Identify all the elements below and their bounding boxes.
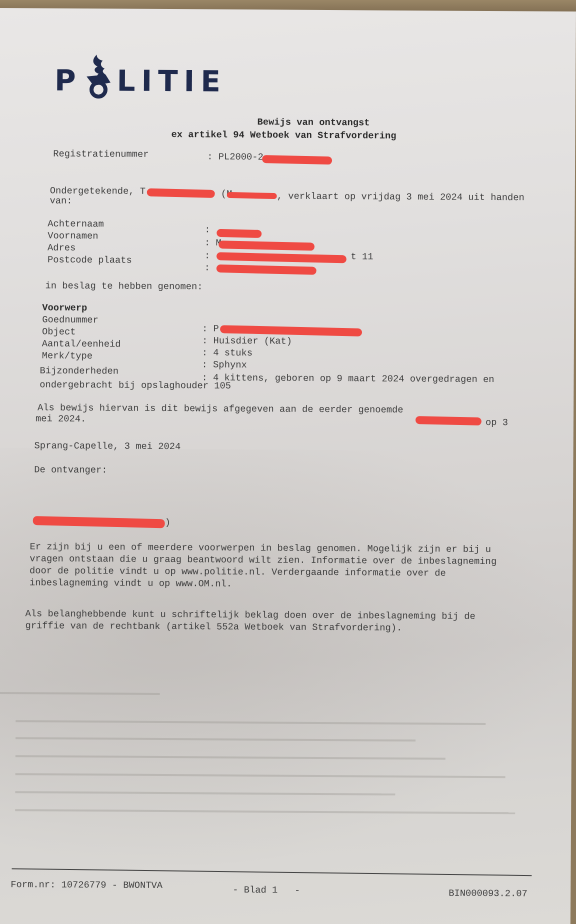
redaction-mark bbox=[147, 188, 215, 198]
adres-label: Adres bbox=[48, 242, 76, 253]
info-line-4: inbeslagneming vindt u op www.OM.nl. bbox=[29, 577, 232, 589]
logo-letter-p: P bbox=[54, 63, 81, 97]
politie-emblem-icon bbox=[84, 53, 114, 99]
ontvanger-label: De ontvanger: bbox=[34, 464, 107, 475]
redaction-mark bbox=[216, 264, 316, 274]
title-line-1: Bewijs van ontvangst bbox=[257, 117, 370, 129]
logo-letters: LITIE bbox=[117, 64, 227, 99]
bewijs-line-1-end: op 3 bbox=[485, 417, 508, 428]
redaction-mark bbox=[415, 416, 481, 426]
footer-form-nr: Form.nr: 10726779 - BWONTVA bbox=[11, 879, 163, 891]
bewijs-line-1: Als bewijs hiervan is dit bewijs afgegev… bbox=[38, 402, 404, 415]
postcode-plaats-label: Postcode plaats bbox=[47, 254, 131, 266]
bijzonderheden-line-2: ondergebracht bij opslaghouder 105 bbox=[40, 379, 231, 391]
politie-logo: P LITIE bbox=[54, 60, 226, 101]
goednummer-value: : P bbox=[202, 323, 219, 334]
voornamen-label: Voornamen bbox=[48, 230, 99, 241]
shadow bbox=[0, 448, 573, 872]
place-date: Sprang-Capelle, 3 mei 2024 bbox=[34, 440, 180, 452]
redaction-mark bbox=[218, 241, 314, 251]
redaction-mark bbox=[217, 229, 262, 238]
achternaam-value: : bbox=[205, 224, 211, 235]
bijzonderheden-label: Bijzonderheden bbox=[40, 365, 119, 376]
ondergetekende-line-2: van: bbox=[50, 195, 73, 206]
registratienummer-label: Registratienummer bbox=[53, 148, 149, 160]
achternaam-label: Achternaam bbox=[48, 218, 104, 229]
redaction-mark bbox=[216, 252, 346, 263]
footer-code: BIN000093.2.07 bbox=[449, 888, 528, 899]
beslag-line: in beslag te hebben genomen: bbox=[45, 280, 203, 292]
document-page: P LITIE Bewijs van ontvangst ex artikel … bbox=[0, 8, 576, 924]
aantal-value: : 4 stuks bbox=[202, 347, 253, 358]
aantal-label: Aantal/eenheid bbox=[42, 338, 121, 349]
object-label: Object bbox=[42, 326, 76, 337]
ondergetekende-suffix: , verklaart op vrijdag 3 mei 2024 uit ha… bbox=[277, 191, 525, 204]
footer-page: - Blad 1 - bbox=[233, 884, 301, 895]
goednummer-label: Goednummer bbox=[42, 314, 98, 325]
merk-type-value: : Sphynx bbox=[202, 359, 247, 370]
registratienummer-value: : PL2000-2 bbox=[207, 151, 263, 162]
postcode-plaats-value: : bbox=[204, 262, 210, 273]
voorwerp-heading: Voorwerp bbox=[42, 302, 87, 313]
redaction-mark bbox=[262, 155, 332, 165]
bijzonderheden-value: : 4 kittens, geboren op 9 maart 2024 ove… bbox=[202, 372, 495, 385]
bewijs-line-2: mei 2024. bbox=[35, 413, 86, 424]
object-value: : Huisdier (Kat) bbox=[202, 335, 292, 347]
redaction-mark bbox=[227, 192, 277, 199]
beklag-line-2: griffie van de rechtbank (artikel 552a W… bbox=[25, 620, 402, 633]
merk-type-label: Merk/type bbox=[42, 350, 93, 361]
signature-close: ) bbox=[165, 517, 171, 528]
title-line-2: ex artikel 94 Wetboek van Strafvordering bbox=[171, 129, 396, 141]
